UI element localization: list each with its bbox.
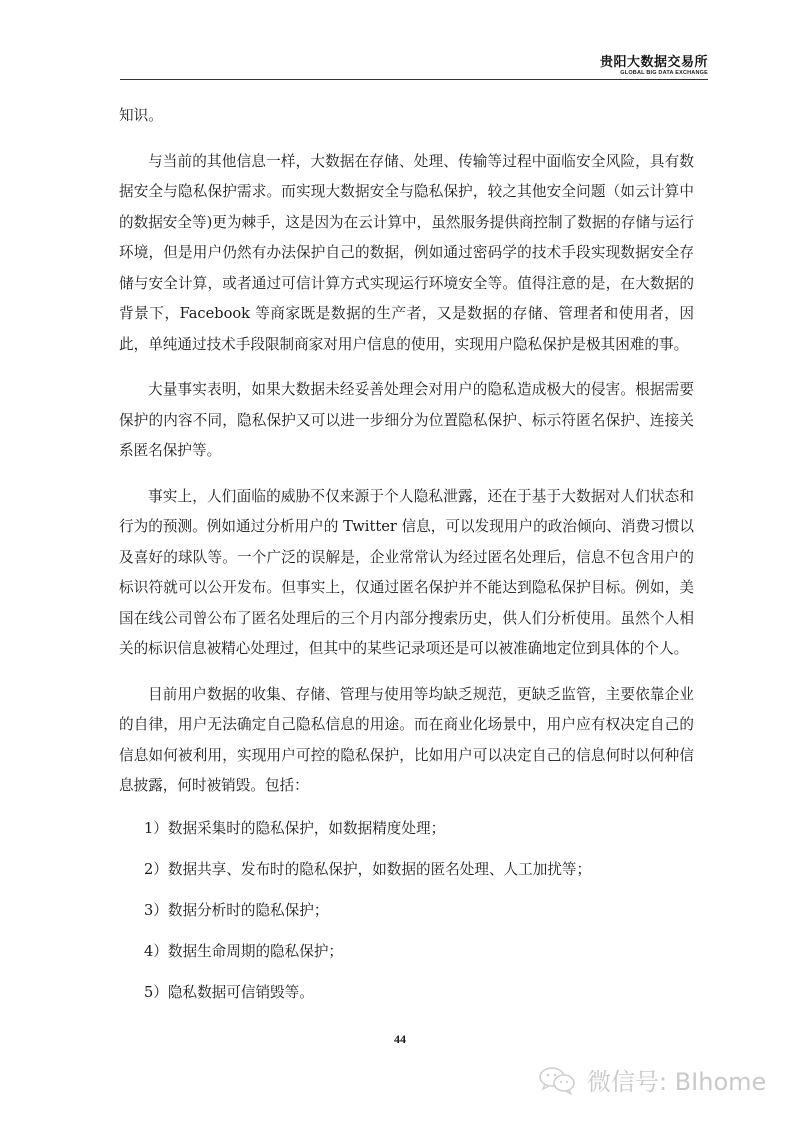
paragraph: 知识。 [119, 101, 694, 132]
page-number: 44 [0, 1032, 800, 1047]
header-divider [120, 79, 708, 80]
paragraph: 大量事实表明，如果大数据未经妥善处理会对用户的隐私造成极大的侵害。根据需要保护的… [119, 375, 694, 467]
list-item: 5）隐私数据可信销毁等。 [144, 981, 694, 1005]
list-item: 4）数据生命周期的隐私保护； [144, 940, 694, 964]
wechat-icon [537, 1065, 581, 1095]
publisher-logo: 贵阳大数据交易所 GLOBAL BIG DATA EXCHANGE [600, 56, 708, 77]
wechat-watermark: 微信号: BIhome [537, 1062, 766, 1097]
logo-chinese-name: 贵阳大数据交易所 [600, 56, 708, 70]
list-item: 2）数据共享、发布时的隐私保护，如数据的匿名处理、人工加扰等； [144, 858, 694, 882]
logo-english-name: GLOBAL BIG DATA EXCHANGE [600, 70, 708, 77]
list-item: 3）数据分析时的隐私保护； [144, 899, 694, 923]
watermark-text: 微信号: BIhome [587, 1062, 766, 1097]
paragraph: 事实上，人们面临的威胁不仅来源于个人隐私泄露，还在于基于大数据对人们状态和行为的… [119, 482, 694, 665]
list-item: 1）数据采集时的隐私保护，如数据精度处理； [144, 817, 694, 841]
document-body: 知识。 与当前的其他信息一样，大数据在存储、处理、传输等过程中面临安全风险，具有… [119, 101, 694, 1022]
privacy-protection-list: 1）数据采集时的隐私保护，如数据精度处理； 2）数据共享、发布时的隐私保护，如数… [119, 817, 694, 1005]
paragraph: 与当前的其他信息一样，大数据在存储、处理、传输等过程中面临安全风险，具有数据安全… [119, 147, 694, 361]
paragraph: 目前用户数据的收集、存储、管理与使用等均缺乏规范，更缺乏监管，主要依靠企业的自律… [119, 680, 694, 802]
